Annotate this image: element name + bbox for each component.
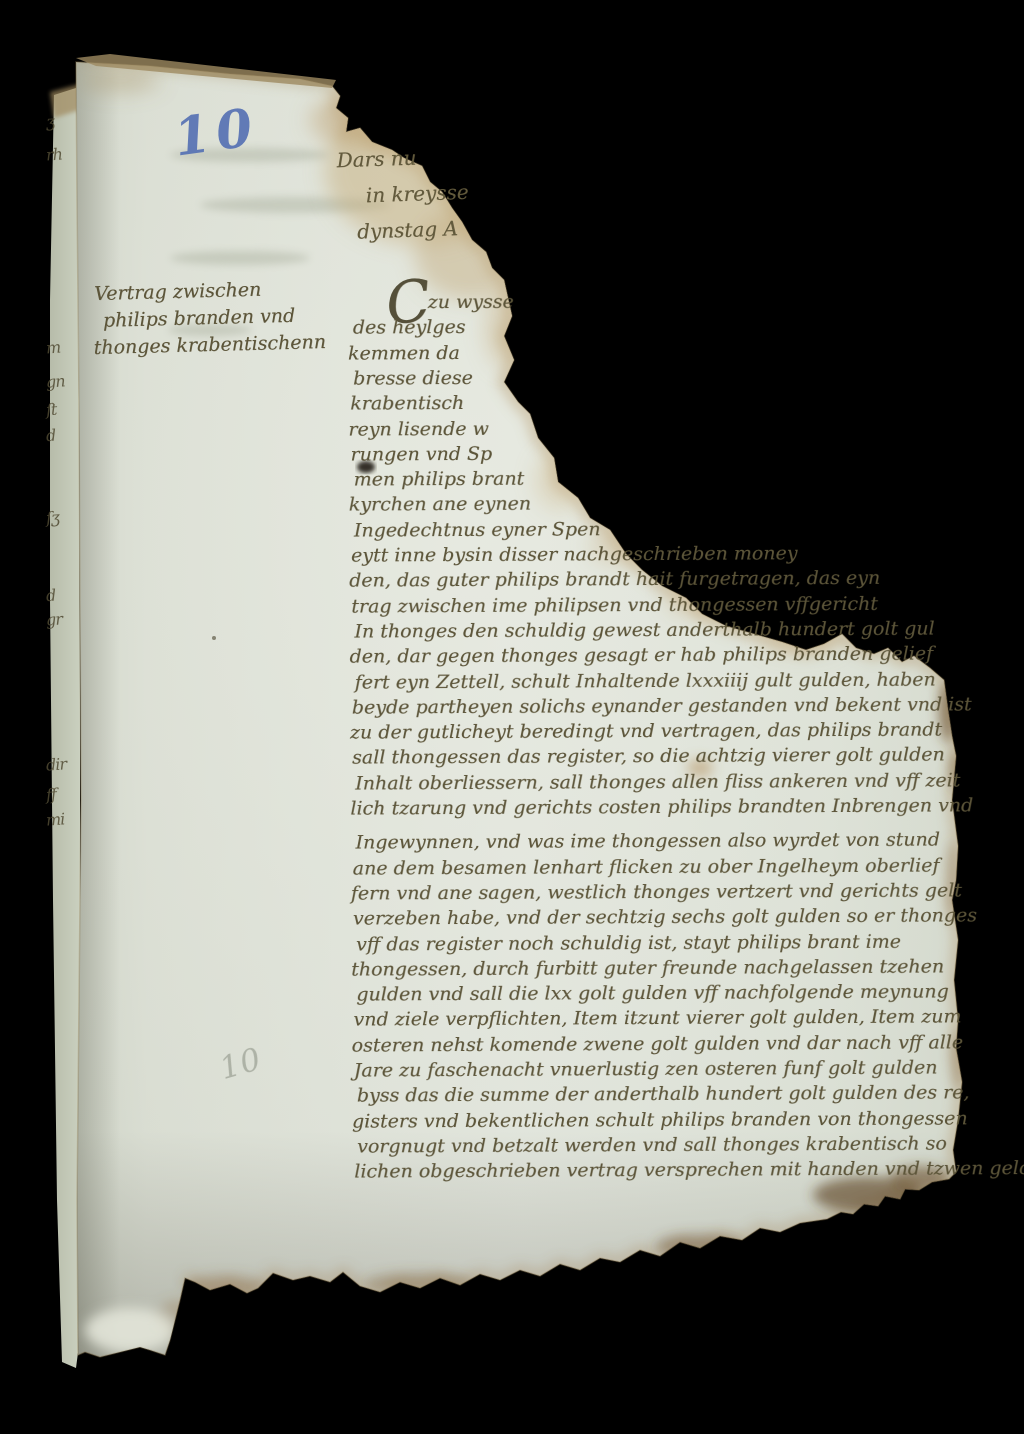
main-text-block: zu wyssedes heylgeskemmen dabresse diese… xyxy=(350,288,955,1191)
manuscript-text-line: thongessen, durch furbitt guter freunde … xyxy=(351,955,944,980)
manuscript-text-line: vnd ziele verpflichten, Item itzunt vier… xyxy=(353,1006,961,1031)
spine-writing-fragment: m xyxy=(45,338,60,358)
dateline-fragment-line: Dars nu xyxy=(336,144,468,185)
manuscript-text-line: fern vnd ane sagen, westlich thonges ver… xyxy=(351,879,962,904)
manuscript-text-line: sall thongessen das register, so die ach… xyxy=(352,744,945,769)
dateline-fragment-line: dynstag A xyxy=(357,216,471,256)
photograph-of-manuscript: ʒrhmgnſtdſʒdgrdirffmi 10 10 Dars nuin kr… xyxy=(0,0,1024,1434)
manuscript-text-line: eytt inne bysin disser nachgeschrieben m… xyxy=(351,542,798,566)
manuscript-text-line: gisters vnd bekentlichen schult philips … xyxy=(352,1107,968,1132)
dateline-fragment-line: in kreysse xyxy=(365,180,469,220)
spine-writing-fragment: gr xyxy=(45,609,62,629)
manuscript-text-line: men philips brant xyxy=(354,468,525,491)
spine-writing-fragment: mi xyxy=(45,809,65,829)
manuscript-text-line: beyde partheyen solichs eynander gestand… xyxy=(352,693,972,718)
manuscript-text-line: zu der gutlicheyt beredingt vnd vertrage… xyxy=(350,719,942,744)
spine-writing-fragment: d xyxy=(45,426,56,446)
manuscript-text-line: ane dem besamen lenhart flicken zu ober … xyxy=(353,854,940,879)
spine-writing-fragment: rh xyxy=(45,144,62,164)
manuscript-text-line: reyn lisende w xyxy=(348,417,489,440)
manuscript-text-line: Ingewynnen, vnd was ime thongessen also … xyxy=(355,829,939,854)
manuscript-text-line: krabentisch xyxy=(350,392,464,415)
manuscript-text-line: In thonges den schuldig gewest anderthal… xyxy=(354,617,934,642)
manuscript-text-line: Inhalt oberliessern, sall thonges allen … xyxy=(355,769,960,794)
folio-number-blue: 10 xyxy=(170,96,262,168)
manuscript-text-line: lichen obgeschrieben vertrag versprechen… xyxy=(354,1157,1024,1183)
manuscript-text-line: Jare zu faschenacht vnuerlustig zen oste… xyxy=(354,1057,938,1082)
manuscript-text-line: vorgnugt vnd betzalt werden vnd sall tho… xyxy=(357,1132,947,1157)
manuscript-text-line: fert eyn Zettell, schult Inhaltende lxxx… xyxy=(355,668,936,693)
manuscript-text-line: den, das guter philips brandt hait furge… xyxy=(349,567,880,592)
manuscript-text-line: trag zwischen ime philipsen vnd thongess… xyxy=(351,592,878,617)
manuscript-text-line: verzeben habe, vnd der sechtzig sechs go… xyxy=(353,904,977,929)
spine-fragments: ʒrhmgnſtdſʒdgrdirffmi xyxy=(0,0,80,1434)
dateline-fragment: Dars nuin kreyssedynstag A xyxy=(336,144,471,256)
spine-writing-fragment: ʒ xyxy=(45,112,54,132)
manuscript-text-line: osteren nehst komende zwene golt gulden … xyxy=(352,1031,964,1056)
spine-writing-fragment: d xyxy=(45,586,56,606)
manuscript-text-line: vff das register noch schuldig ist, stay… xyxy=(356,930,901,955)
manuscript-text-line: zu wysse xyxy=(350,291,514,314)
manuscript-text-line: bresse diese xyxy=(353,367,473,390)
manuscript-text-line: Ingedechtnus eyner Spen xyxy=(354,518,601,541)
margin-note: Vertrag zwischenphilips branden vndthong… xyxy=(94,277,326,364)
manuscript-text-line: byss das die summe der anderthalb hunder… xyxy=(357,1082,970,1107)
spine-writing-fragment: gn xyxy=(45,371,65,391)
manuscript-text-line: des heylges xyxy=(353,316,466,339)
manuscript-text-line: lich tzarung vnd gerichts costen philips… xyxy=(350,794,973,819)
spine-writing-fragment: ſʒ xyxy=(45,508,59,528)
manuscript-text-line: kemmen da xyxy=(348,342,460,365)
spine-writing-fragment: dir xyxy=(45,754,66,774)
spine-writing-fragment: ſt xyxy=(45,400,57,420)
manuscript-text-line: rungen vnd Sp xyxy=(350,443,492,466)
manuscript-text-line: kyrchen ane eynen xyxy=(349,493,531,516)
spine-writing-fragment: ff xyxy=(45,785,56,805)
manuscript-text-line: den, dar gegen thonges gesagt er hab phi… xyxy=(350,643,934,668)
manuscript-text-line: gulden vnd sall die lxx golt gulden vff … xyxy=(356,981,948,1006)
